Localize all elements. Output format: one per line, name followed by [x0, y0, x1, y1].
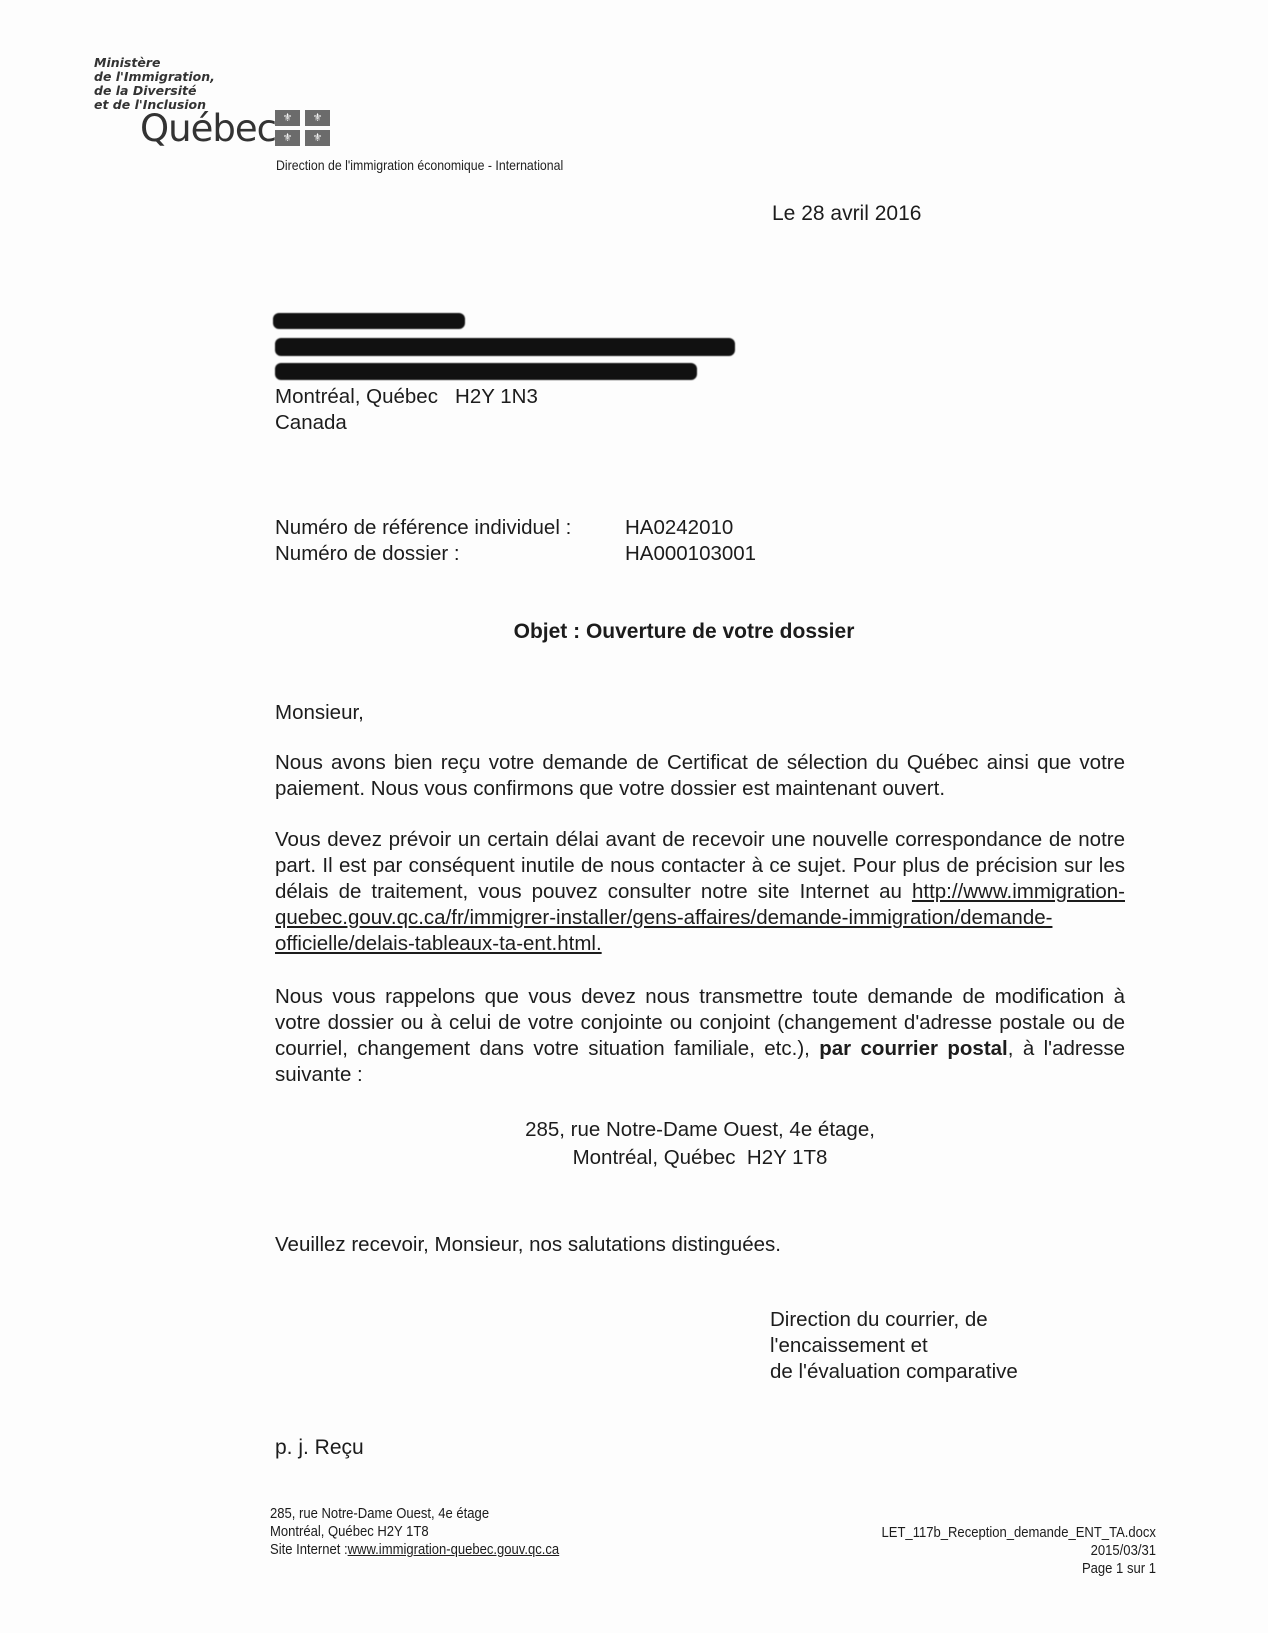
fleur-de-lis-icon: ⚜ — [275, 130, 300, 146]
redaction-bar — [273, 313, 465, 329]
recipient-address: Montréal, Québec H2Y 1N3 Canada — [275, 384, 538, 436]
footer-address-line: 285, rue Notre-Dame Ouest, 4e étage — [270, 1505, 559, 1523]
footer-city-line: Montréal, Québec H2Y 1T8 — [270, 1523, 559, 1541]
paragraph-3: Nous vous rappelons que vous devez nous … — [275, 984, 1125, 1088]
quebec-flag-icon: ⚜ ⚜ ⚜ ⚜ — [275, 110, 330, 146]
recipient-city: Montréal, Québec H2Y 1N3 — [275, 384, 538, 410]
footer-page-number: Page 1 sur 1 — [882, 1560, 1156, 1578]
reference-numbers: Numéro de référence individuel : HA02420… — [275, 515, 756, 567]
footer-site-link[interactable]: www.immigration-quebec.gouv.qc.ca — [348, 1542, 560, 1558]
file-row: Numéro de dossier : HA000103001 — [275, 541, 756, 567]
direction-name: Direction de l'immigration économique - … — [276, 157, 563, 173]
file-label: Numéro de dossier : — [275, 541, 625, 567]
closing: Veuillez recevoir, Monsieur, nos salutat… — [275, 1232, 781, 1258]
fleur-de-lis-icon: ⚜ — [305, 130, 330, 146]
mailing-address: 285, rue Notre-Dame Ouest, 4e étage, Mon… — [275, 1116, 1125, 1172]
redaction-bar — [275, 338, 735, 356]
paragraph-2: Vous devez prévoir un certain délai avan… — [275, 827, 1125, 957]
redaction-bar — [275, 363, 697, 380]
footer-site-label: Site Internet : — [270, 1542, 348, 1558]
ministry-line: de l'Immigration, — [94, 70, 215, 84]
fleur-de-lis-icon: ⚜ — [275, 110, 300, 126]
reference-row: Numéro de référence individuel : HA02420… — [275, 515, 756, 541]
signature-block: Direction du courrier, de l'encaissement… — [770, 1307, 1018, 1385]
enclosure: p. j. Reçu — [275, 1436, 364, 1460]
footer-address: 285, rue Notre-Dame Ouest, 4e étage Mont… — [270, 1505, 559, 1559]
footer-doc-name: LET_117b_Reception_demande_ENT_TA.docx — [882, 1524, 1156, 1542]
signature-line: de l'évaluation comparative — [770, 1359, 1018, 1385]
ministry-line: de la Diversité — [94, 84, 215, 98]
letter-date: Le 28 avril 2016 — [772, 202, 921, 226]
paragraph-1: Nous avons bien reçu votre demande de Ce… — [275, 750, 1125, 802]
reference-label: Numéro de référence individuel : — [275, 515, 625, 541]
footer-site: Site Internet :www.immigration-quebec.go… — [270, 1541, 559, 1559]
subject-line: Objet : Ouverture de votre dossier — [0, 620, 1268, 644]
paragraph-3-bold: par courrier postal — [819, 1037, 1008, 1060]
file-value: HA000103001 — [625, 541, 756, 567]
reference-value: HA0242010 — [625, 515, 733, 541]
mailing-address-line: 285, rue Notre-Dame Ouest, 4e étage, — [275, 1116, 1125, 1144]
footer-doc-info: LET_117b_Reception_demande_ENT_TA.docx 2… — [882, 1524, 1156, 1578]
mailing-address-line: Montréal, Québec H2Y 1T8 — [275, 1144, 1125, 1172]
footer-doc-date: 2015/03/31 — [882, 1542, 1156, 1560]
salutation: Monsieur, — [275, 700, 364, 726]
ministry-line: Ministère — [94, 56, 215, 70]
ministry-name: Ministère de l'Immigration, de la Divers… — [94, 56, 215, 112]
signature-line: Direction du courrier, de — [770, 1307, 1018, 1333]
recipient-country: Canada — [275, 410, 538, 436]
fleur-de-lis-icon: ⚜ — [305, 110, 330, 126]
signature-line: l'encaissement et — [770, 1333, 1018, 1359]
quebec-wordmark: Québec — [140, 110, 276, 147]
